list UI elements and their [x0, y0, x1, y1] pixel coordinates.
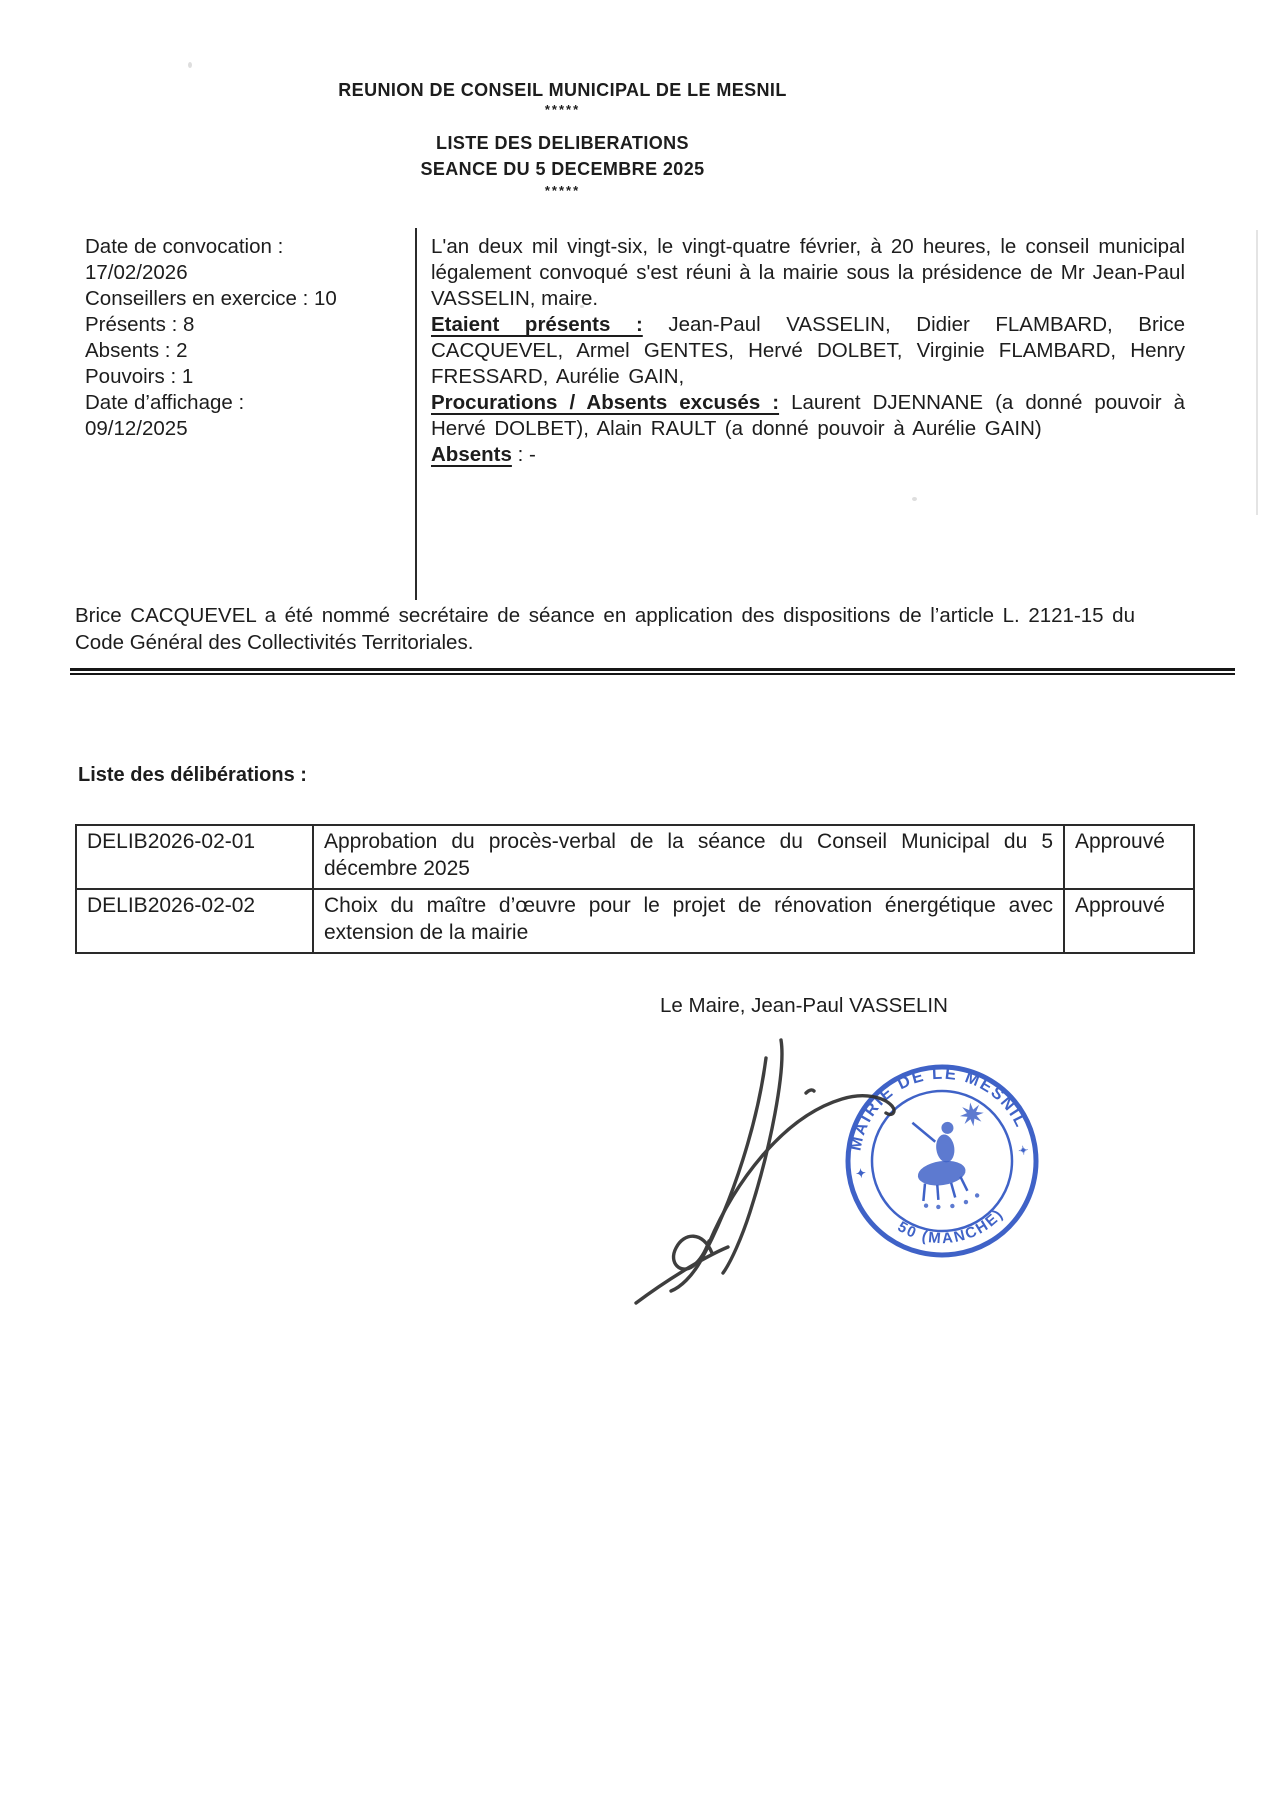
- deliberation-id: DELIB2026-02-01: [76, 825, 313, 889]
- separator-stars: *****: [75, 184, 1050, 198]
- attendance-present: Etaient présents : Jean-Paul VASSELIN, D…: [431, 312, 1185, 390]
- signer-name: Le Maire, Jean-Paul VASSELIN: [660, 994, 948, 1018]
- session-date-line: SEANCE DU 5 DECEMBRE 2025: [75, 156, 1050, 182]
- scan-speck: [580, 305, 584, 308]
- deliberation-id: DELIB2026-02-02: [76, 889, 313, 953]
- present-label: Etaient présents :: [431, 313, 643, 336]
- handwritten-signature: [600, 1020, 920, 1320]
- proxy-count: Pouvoirs : 1: [85, 364, 405, 390]
- deliberation-object: Approbation du procès-verbal de la séanc…: [313, 825, 1064, 889]
- posting-date-label: Date d’affichage :: [85, 390, 405, 416]
- stamp-ornament-right-icon: ✦: [1017, 1143, 1029, 1158]
- header-spacer: [75, 117, 1050, 130]
- proxies-label: Procurations / Absents excusés :: [431, 391, 779, 414]
- document-title: REUNION DE CONSEIL MUNICIPAL DE LE MESNI…: [75, 80, 1050, 101]
- absent-count: Absents : 2: [85, 338, 405, 364]
- document-header: REUNION DE CONSEIL MUNICIPAL DE LE MESNI…: [75, 80, 1050, 198]
- separator-stars: *****: [75, 103, 1050, 117]
- signature-strokes: [636, 1040, 894, 1303]
- double-rule: [70, 668, 1235, 675]
- session-panel: L'an deux mil vingt-six, le vingt-quatre…: [415, 228, 1195, 600]
- secretary-note: Brice CACQUEVEL a été nommé secrétaire d…: [75, 602, 1135, 656]
- deliberations-heading: Liste des délibérations :: [78, 764, 307, 787]
- table-row: DELIB2026-02-02 Choix du maître d’œuvre …: [76, 889, 1194, 953]
- emblem-star-icon: [958, 1101, 985, 1128]
- attendance-proxies: Procurations / Absents excusés : Laurent…: [431, 390, 1185, 442]
- convocation-label: Date de convocation :: [85, 234, 405, 260]
- councillors-count: Conseillers en exercice : 10: [85, 286, 405, 312]
- stamp-emblem: [909, 1101, 997, 1213]
- document-page: REUNION DE CONSEIL MUNICIPAL DE LE MESNI…: [0, 0, 1280, 1809]
- table-row: DELIB2026-02-01 Approbation du procès-ve…: [76, 825, 1194, 889]
- document-subtitle: LISTE DES DELIBERATIONS: [75, 130, 1050, 156]
- scan-artifact-line: [1256, 230, 1258, 515]
- absent-value: : -: [512, 443, 536, 466]
- meta-session-block: Date de convocation : 17/02/2026 Conseil…: [75, 228, 1195, 600]
- posting-date: 09/12/2025: [85, 416, 405, 442]
- present-count: Présents : 8: [85, 312, 405, 338]
- attendance-absent: Absents : -: [431, 442, 1185, 468]
- scan-speck: [188, 62, 192, 68]
- absent-label: Absents: [431, 443, 512, 466]
- meta-panel: Date de convocation : 17/02/2026 Conseil…: [75, 228, 415, 600]
- session-intro: L'an deux mil vingt-six, le vingt-quatre…: [431, 234, 1185, 312]
- deliberations-table: DELIB2026-02-01 Approbation du procès-ve…: [75, 824, 1195, 954]
- emblem-strokes: [912, 1116, 968, 1201]
- deliberation-status: Approuvé: [1064, 889, 1194, 953]
- scan-speck: [912, 497, 917, 501]
- convocation-date: 17/02/2026: [85, 260, 405, 286]
- deliberation-status: Approuvé: [1064, 825, 1194, 889]
- deliberation-object: Choix du maître d’œuvre pour le projet d…: [313, 889, 1064, 953]
